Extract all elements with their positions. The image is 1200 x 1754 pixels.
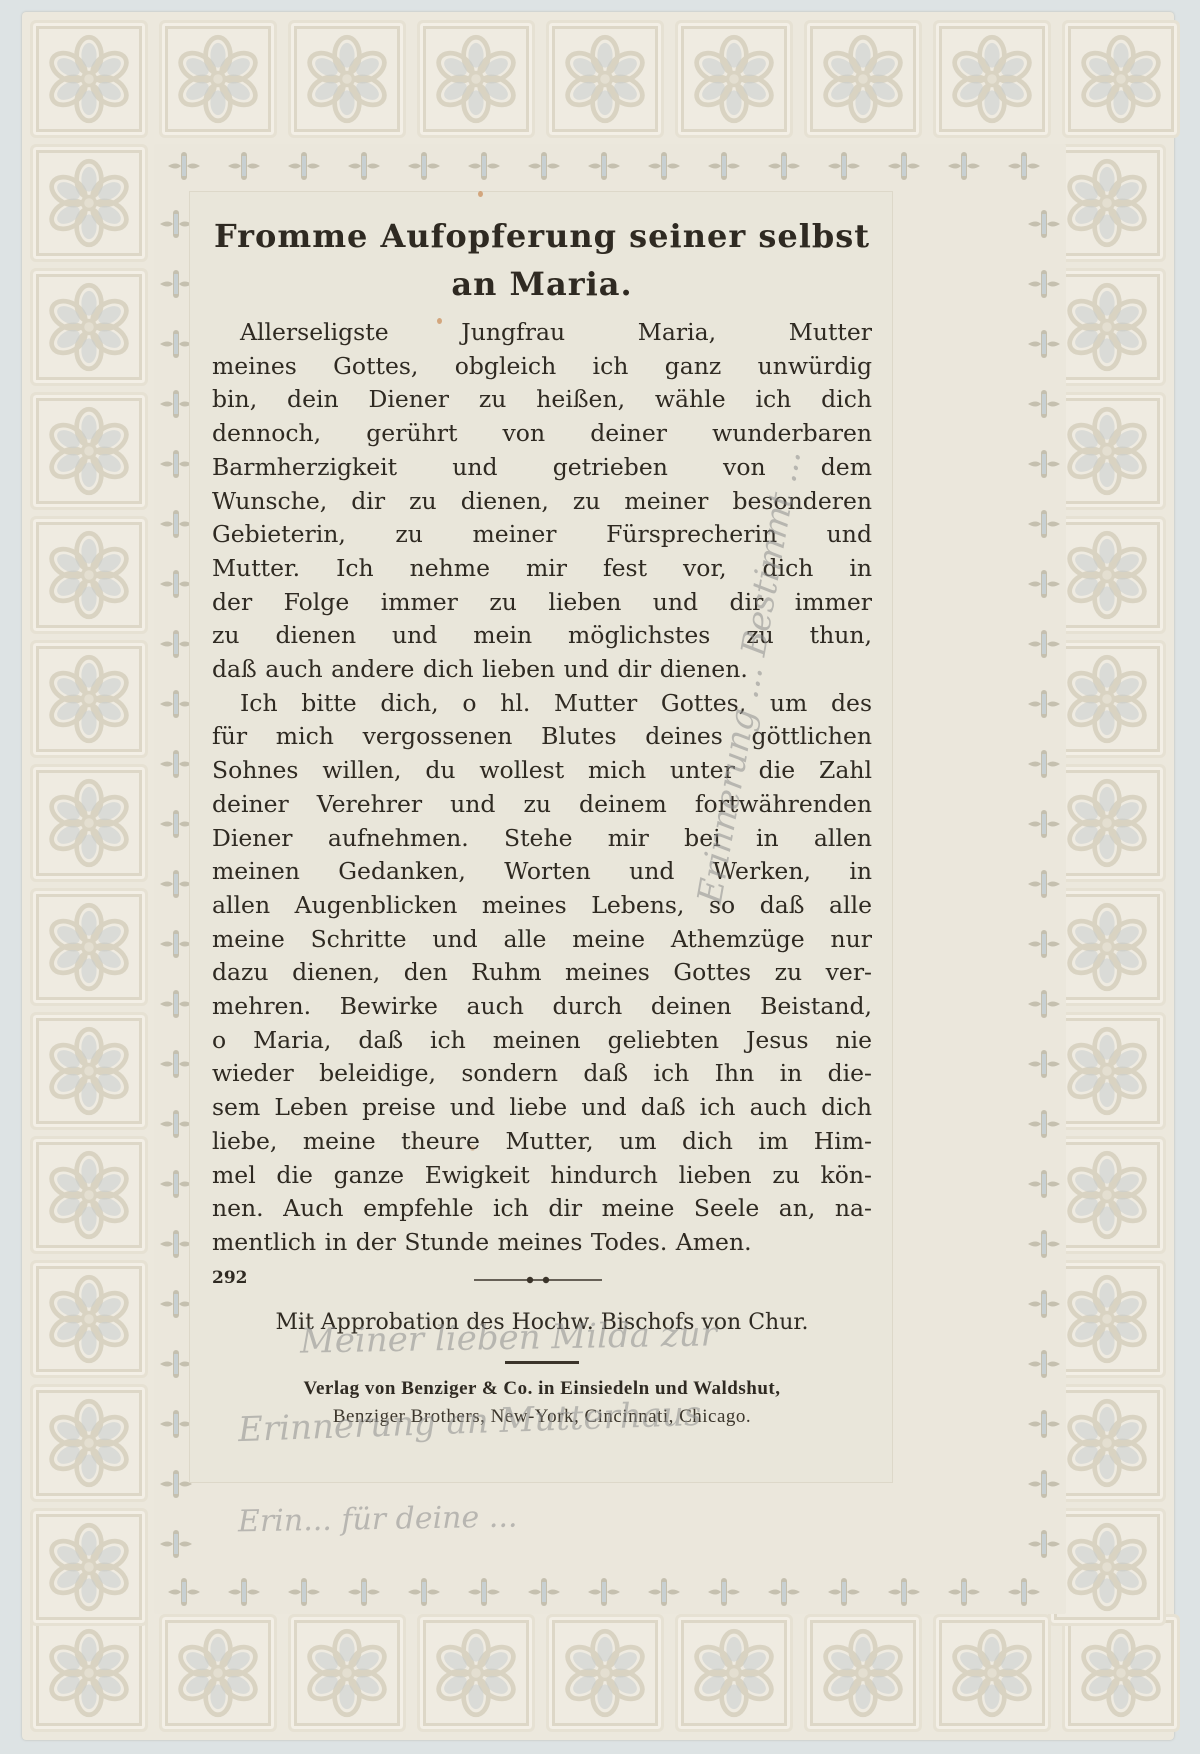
- prayer-line: Ich bitte dich, o hl. Mutter Gottes, um …: [212, 687, 872, 721]
- prayer-line: meine Schritte und alle meine Athemzüge …: [212, 923, 872, 957]
- page-number: 292: [212, 1268, 248, 1288]
- rosette-tile: [30, 888, 148, 1006]
- prayer-line: mehren. Bewirke auch durch deinen Beista…: [212, 990, 872, 1024]
- prayer-line: Sohnes willen, du wollest mich unter die…: [212, 754, 872, 788]
- rosette-tile: [546, 20, 664, 138]
- prayer-line: für mich vergossenen Blutes deines göttl…: [212, 720, 872, 754]
- prayer-line: Allerseligste Jungfrau Maria, Mutter: [212, 316, 872, 350]
- rosette-tile: [933, 1614, 1051, 1732]
- rosette-tile: [30, 20, 148, 138]
- publisher-line-1: Verlag von Benziger & Co. in Einsiedeln …: [212, 1378, 872, 1400]
- pencil-inscription-3: Erin... für deine ...: [238, 1500, 518, 1540]
- prayer-line: nen. Auch empfehle ich dir meine Seele a…: [212, 1192, 872, 1226]
- prayer-line: allen Augenblicken meines Lebens, so daß…: [212, 889, 872, 923]
- title-line-2: an Maria.: [212, 260, 872, 308]
- rosette-tile: [30, 268, 148, 386]
- prayer-line: dennoch, gerührt von deiner wunderbaren: [212, 417, 872, 451]
- rosette-tile: [546, 1614, 664, 1732]
- card-text: Fromme Aufopferung seiner selbst an Mari…: [212, 208, 872, 1428]
- prayer-line: wieder beleidige, sondern daß ich Ihn in…: [212, 1057, 872, 1091]
- rosette-tile: [159, 20, 277, 138]
- prayer-line: meines Gottes, obgleich ich ganz unwürdi…: [212, 350, 872, 384]
- foxing-spot: [478, 191, 483, 197]
- prayer-line: mentlich in der Stunde meines Todes. Ame…: [212, 1226, 872, 1260]
- rosette-tile: [30, 1614, 148, 1732]
- prayer-line: Diener aufnehmen. Stehe mir bei in allen: [212, 822, 872, 856]
- pencil-inscription-1: Meiner lieben Milda zur: [300, 1314, 717, 1361]
- rosette-tile: [675, 20, 793, 138]
- prayer-line: liebe, meine theure Mutter, um dich im H…: [212, 1125, 872, 1159]
- prayer-line: dazu dienen, den Ruhm meines Gottes zu v…: [212, 956, 872, 990]
- rosette-tile: [159, 1614, 277, 1732]
- rosette-tile: [30, 516, 148, 634]
- prayer-line: deiner Verehrer und zu deinem fortwähren…: [212, 788, 872, 822]
- rosette-tile: [933, 20, 1051, 138]
- rosette-tile: [30, 144, 148, 262]
- rosette-tile: [1062, 1614, 1180, 1732]
- title-line-1: Fromme Aufopferung seiner selbst: [212, 212, 872, 260]
- rosette-tile: [417, 20, 535, 138]
- rosette-tile: [30, 1508, 148, 1626]
- page-footer: 292: [212, 1264, 872, 1298]
- divider-rule: [505, 1361, 579, 1364]
- rosette-tile: [804, 1614, 922, 1732]
- rosette-tile: [30, 392, 148, 510]
- rosette-tile: [30, 764, 148, 882]
- prayer-line: sem Leben preise und liebe und daß ich a…: [212, 1091, 872, 1125]
- rosette-tile: [30, 640, 148, 758]
- dotted-ornament-rule: [474, 1276, 602, 1284]
- rosette-tile: [675, 1614, 793, 1732]
- rosette-tile: [804, 20, 922, 138]
- rosette-tile: [288, 20, 406, 138]
- prayer-line: o Maria, daß ich meinen geliebten Jesus …: [212, 1024, 872, 1058]
- prayer-line: meinen Gedanken, Worten und Werken, in: [212, 855, 872, 889]
- rosette-tile: [288, 1614, 406, 1732]
- rosette-tile: [1062, 20, 1180, 138]
- rosette-tile: [417, 1614, 535, 1732]
- prayer-title: Fromme Aufopferung seiner selbst an Mari…: [212, 212, 872, 308]
- rosette-tile: [30, 1012, 148, 1130]
- rosette-tile: [30, 1260, 148, 1378]
- prayer-line: mel die ganze Ewigkeit hindurch lieben z…: [212, 1159, 872, 1193]
- rosette-tile: [30, 1136, 148, 1254]
- rosette-tile: [30, 1384, 148, 1502]
- prayer-line: bin, dein Diener zu heißen, wähle ich di…: [212, 383, 872, 417]
